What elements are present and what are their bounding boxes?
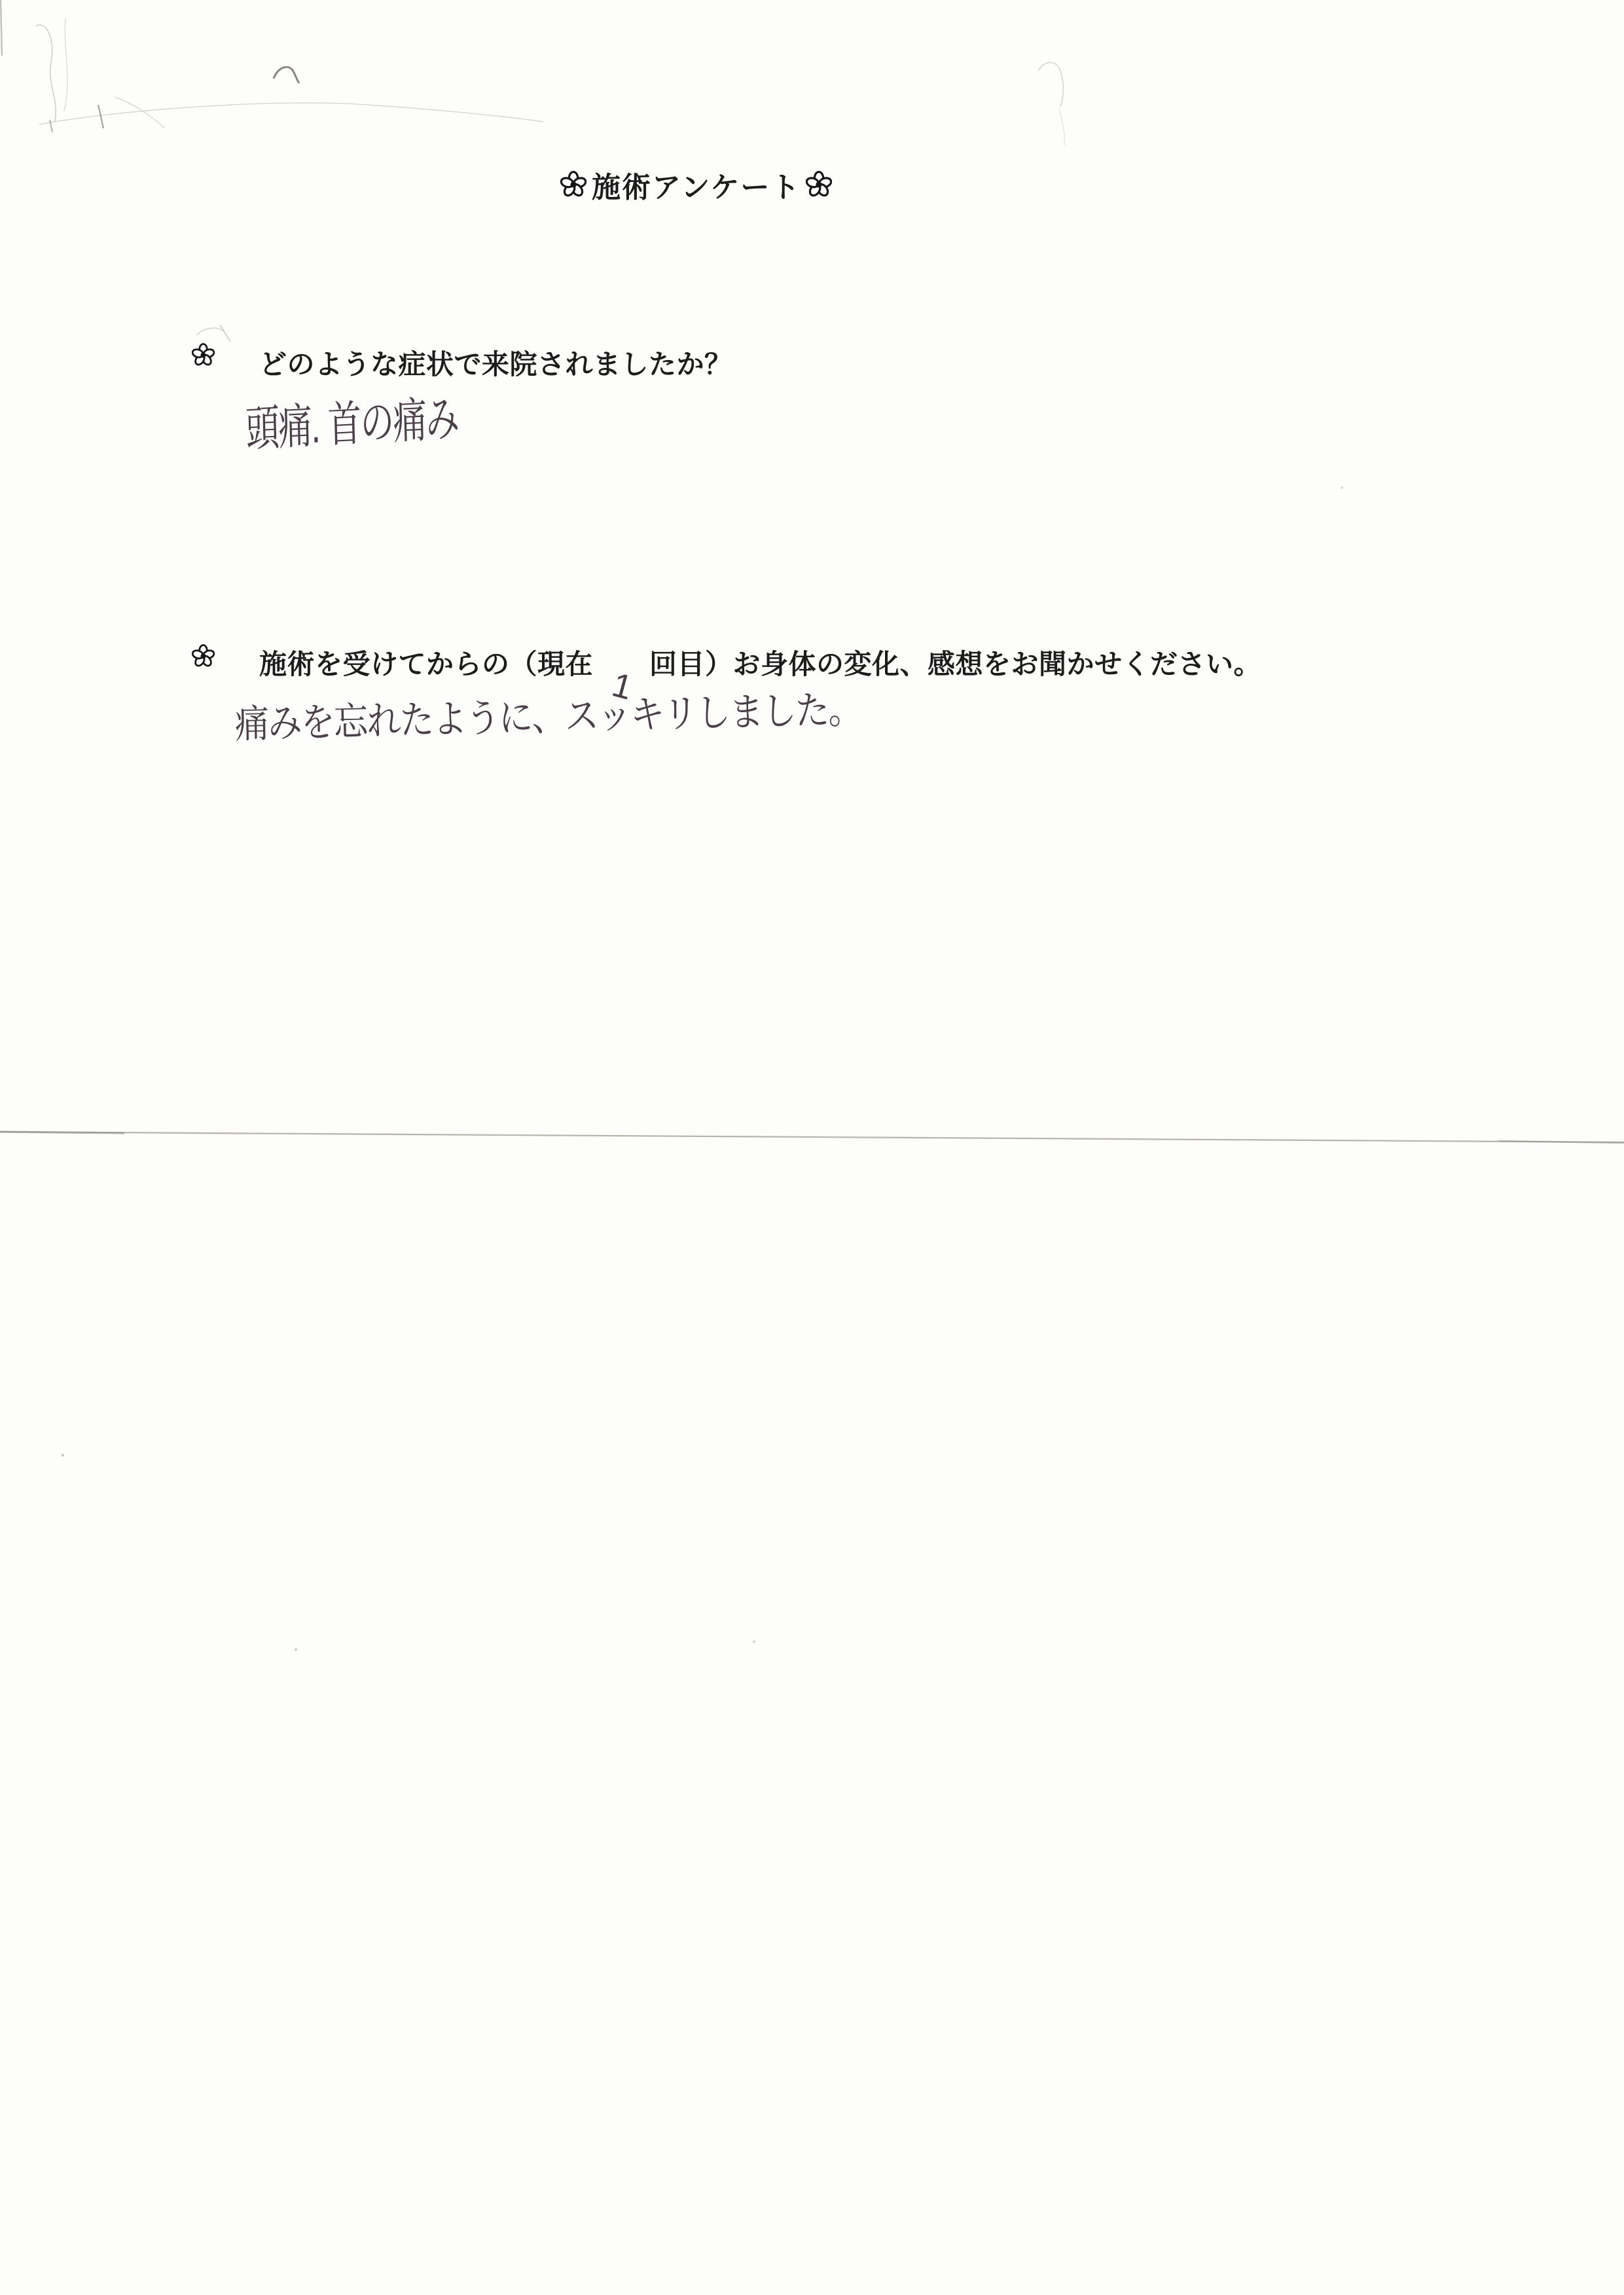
question-feedback-label-prefix: 施術を受けてからの（現在 (259, 649, 593, 679)
scan-artifacts (0, 0, 1624, 2295)
page-title-text: 施術アンケート (592, 164, 801, 206)
florette-icon (806, 171, 832, 198)
page-title: 施術アンケート (560, 164, 832, 206)
question-feedback-label: 施術を受けてからの（現在1回目）お身体の変化、感想をお聞かせください。 (259, 643, 1261, 682)
florette-bullet-icon (192, 644, 215, 668)
question-feedback-label-suffix: 回目）お身体の変化、感想をお聞かせください。 (649, 649, 1261, 679)
florette-bullet-icon (192, 343, 215, 367)
question-symptoms-label: どのような症状で来院されましたか？ (259, 343, 732, 382)
florette-icon (560, 171, 586, 198)
paper-fold-line (0, 0, 1624, 2295)
handwritten-answer-feedback: 痛みを忘れたように、スッキリしました。 (234, 678, 861, 749)
handwritten-answer-symptoms: 頭痛. 首の痛み (245, 380, 459, 460)
scanned-questionnaire-page: 施術アンケート どのような症状で来院されましたか？ 頭痛. 首の痛み 施術を受け… (0, 0, 1624, 2295)
